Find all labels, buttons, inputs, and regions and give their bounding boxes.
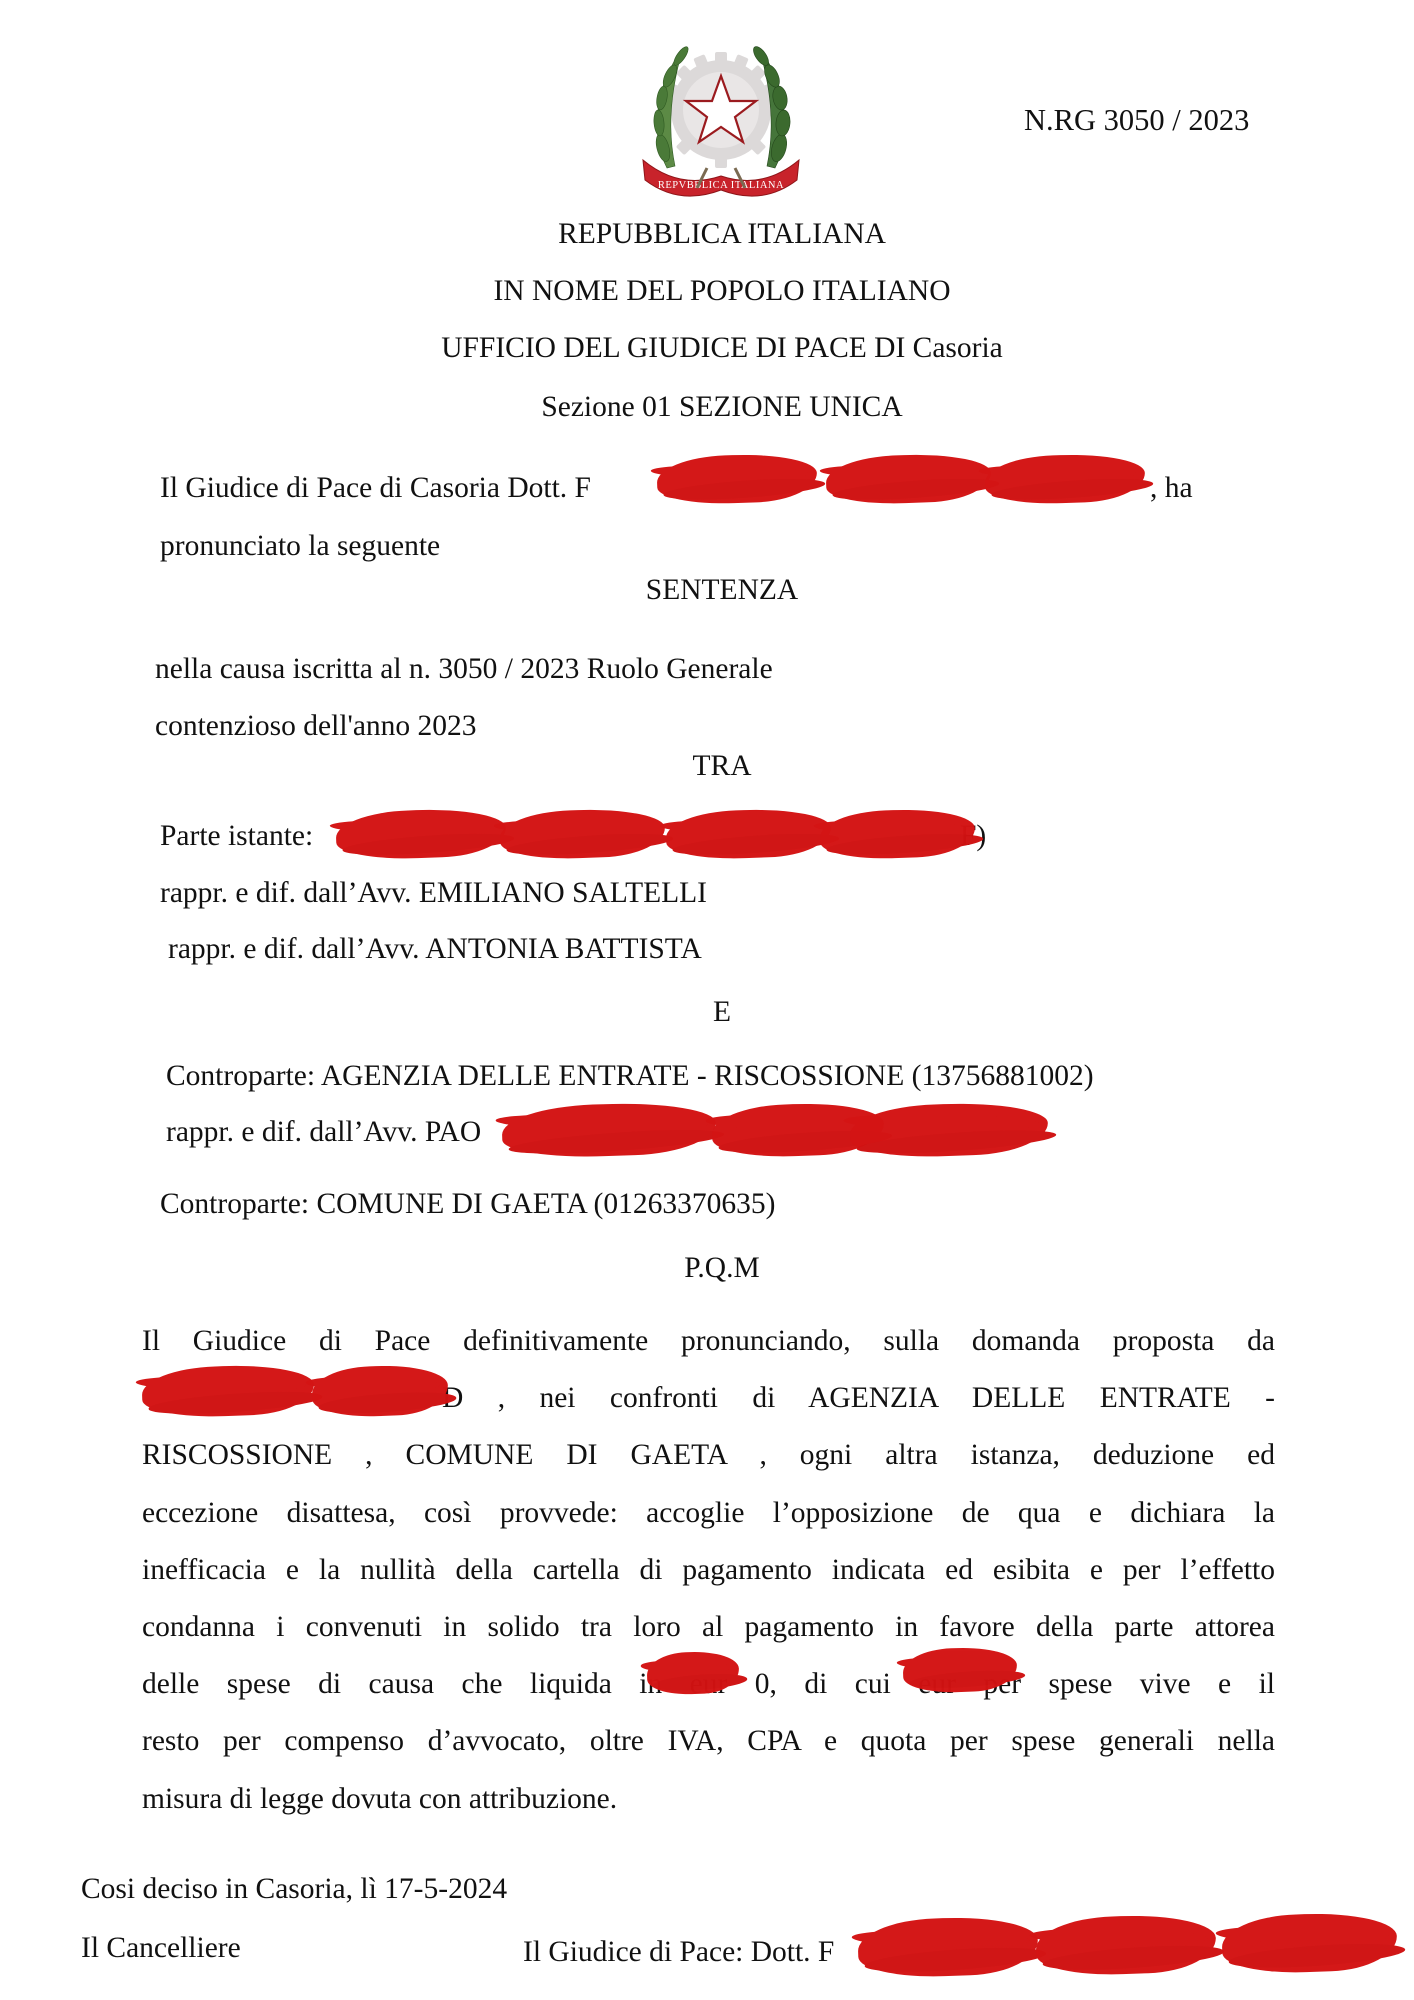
claimant-lawyer-2: rappr. e dif. dall’Avv. ANTONIA BATTISTA: [168, 931, 702, 967]
claimant-label: Parte istante:: [160, 818, 313, 854]
pqm-line: eccezione disattesa, così provvede: acco…: [142, 1485, 1275, 1542]
respondent-1-lawyer: rappr. e dif. dall’Avv. PAO: [166, 1114, 481, 1150]
header-republic: REPUBBLICA ITALIANA: [0, 216, 1414, 252]
pqm-line: inefficacia e la nullità della cartella …: [142, 1542, 1275, 1599]
sentenza-title: SENTENZA: [0, 572, 1414, 608]
redaction-claimant-4: [819, 807, 976, 860]
and-separator: E: [0, 994, 1414, 1030]
pqm-line: resto per compenso d’avvocato, oltre IVA…: [142, 1713, 1275, 1770]
case-registration: nella causa iscritta al n. 3050 / 2023 R…: [155, 651, 773, 687]
rg-number: N.RG 3050 / 2023: [1024, 102, 1249, 138]
judge-signature: Il Giudice di Pace: Dott. F: [523, 1934, 834, 1970]
redaction-signature-1: [857, 1915, 1039, 1979]
header-people: IN NOME DEL POPOLO ITALIANO: [0, 273, 1414, 309]
header-section: Sezione 01 SEZIONE UNICA: [0, 389, 1414, 425]
respondent-1: Controparte: AGENZIA DELLE ENTRATE - RIS…: [166, 1058, 1094, 1094]
italian-republic-emblem-icon: REPVBBLICA ITALIANA: [637, 38, 805, 200]
pqm-line: RISCOSSIONE , COMUNE DI GAETA , ogni alt…: [142, 1427, 1275, 1484]
redaction-judge-name-1: [656, 452, 818, 506]
redaction-judge-name-2: [825, 452, 992, 506]
redaction-respondent-lawyer-1: [501, 1100, 717, 1159]
redaction-signature-2: [1035, 1913, 1217, 1977]
redaction-claimant-3: [665, 807, 832, 861]
judge-intro-prefix: Il Giudice di Pace di Casoria Dott. F: [160, 470, 591, 506]
emblem-ribbon-text: REPVBBLICA ITALIANA: [658, 180, 784, 191]
header-office: UFFICIO DEL GIUDICE DI PACE DI Casoria: [0, 330, 1414, 366]
judge-intro-suffix: , ha: [1150, 470, 1193, 506]
redaction-claimant-2: [499, 807, 666, 861]
place-date: Cosi deciso in Casoria, lì 17-5-2024: [81, 1871, 507, 1907]
redaction-signature-3: [1221, 1911, 1398, 1975]
pronounced-text: pronunciato la seguente: [160, 528, 440, 564]
claimant-lawyer-1: rappr. e dif. dall’Avv. EMILIANO SALTELL…: [160, 875, 707, 911]
redaction-judge-name-3: [984, 452, 1146, 506]
respondent-2: Controparte: COMUNE DI GAETA (0126337063…: [160, 1186, 775, 1222]
pqm-line: Il Giudice di Pace definitivamente pronu…: [142, 1313, 1275, 1370]
pqm-line: condanna i convenuti in solido tra loro …: [142, 1599, 1275, 1656]
case-year: contenzioso dell'anno 2023: [155, 708, 477, 744]
clerk-label: Il Cancelliere: [81, 1930, 241, 1966]
pqm-line: misura di legge dovuta con attribuzione.: [142, 1771, 1275, 1828]
pqm-title: P.Q.M: [0, 1250, 1414, 1286]
redaction-claimant-1: [335, 807, 507, 861]
between-separator: TRA: [0, 748, 1414, 784]
redaction-respondent-lawyer-3: [849, 1101, 1049, 1160]
